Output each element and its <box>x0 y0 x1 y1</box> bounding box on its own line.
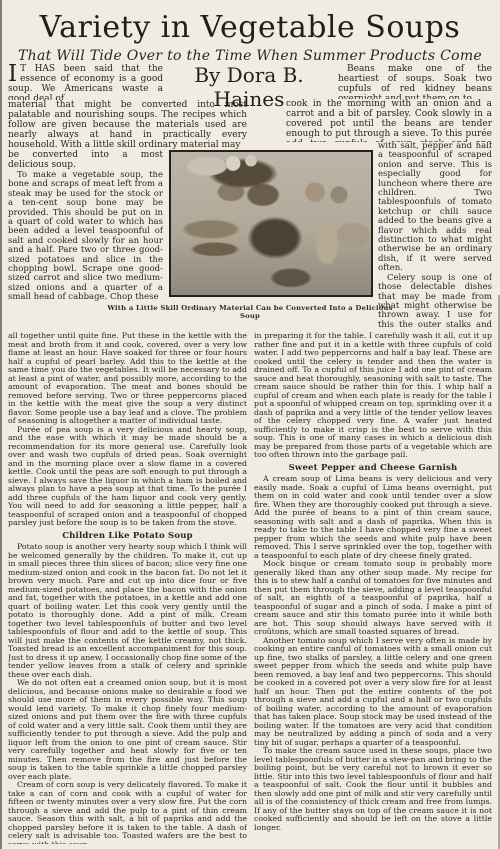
pea-soup-paragraph: Purée of pea soup is a very delicious an… <box>8 426 247 528</box>
article-subtitle: That Will Tide Over to the Time When Sum… <box>0 48 500 64</box>
beans-paragraph-start: Beans make one of the heartiest of soups… <box>338 64 492 99</box>
page-edge-left <box>0 0 2 849</box>
mock-bisque-paragraph: Mock bisque or cream tomato soup is prob… <box>254 560 492 637</box>
intro-paragraph-start: IT HAS been said that the essence of eco… <box>8 64 163 100</box>
celery-continued-paragraph: in preparing it for the table. I careful… <box>254 332 492 460</box>
tomato-soup-paragraph: Another tomato soup which I serve very o… <box>254 637 492 748</box>
photo-caption: With a Little Skill Ordinary Material Ca… <box>100 304 400 320</box>
onion-soup-paragraph: We do not often eat a creamed onion soup… <box>8 679 247 781</box>
dropcap-letter: I <box>8 64 20 84</box>
corn-soup-paragraph: Cream of corn soup is very delicately fl… <box>8 781 247 844</box>
beans-paragraph-wide: cook in the morning with an onion and a … <box>286 99 492 142</box>
intro-paragraph-end: be converted into a most delicious soup. <box>8 150 163 171</box>
beans-celery-column: with salt, pepper and half a teaspoonful… <box>378 142 492 328</box>
magazine-page: Variety in Vegetable Soups That Will Tid… <box>0 0 500 849</box>
lima-bean-paragraph: A cream soup of Lima beans is very delic… <box>254 475 492 560</box>
beans-paragraph-end: with salt, pepper and half a teaspoonful… <box>378 142 492 274</box>
potato-soup-subhead: Children Like Potato Soup <box>8 532 247 541</box>
article-title: Variety in Vegetable Soups <box>0 12 500 44</box>
kettle-paragraph: all together until quite fine. Put these… <box>8 332 247 426</box>
potato-soup-paragraph: Potato soup is another very hearty soup … <box>8 543 247 679</box>
garnish-subhead: Sweet Pepper and Cheese Garnish <box>254 464 492 473</box>
cream-sauce-paragraph: To make the cream sauce used in these so… <box>254 747 492 832</box>
lower-left-column: all together until quite fine. Put these… <box>8 332 247 844</box>
intro-paragraph-wide: material that might be converted into mo… <box>8 100 247 150</box>
intro-first-lines: T HAS been said that the essence of econ… <box>8 64 163 100</box>
vegetables-photo <box>169 150 373 297</box>
lower-right-column: in preparing it for the table. I careful… <box>254 332 492 844</box>
